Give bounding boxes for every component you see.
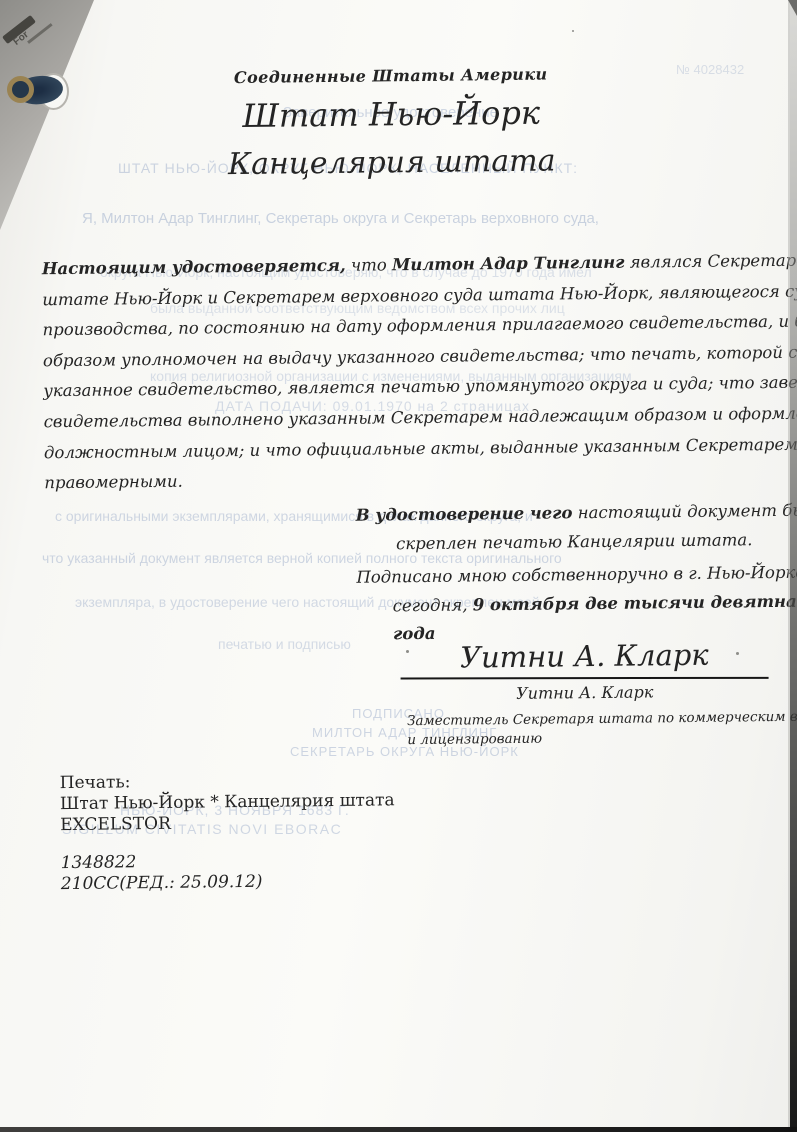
document-content: Соединенные Штаты Америки Штат Нью-Йорк … (0, 0, 797, 1132)
scan-edge-right (790, 0, 797, 1132)
dust-speck (572, 30, 574, 32)
signature-typed-name: Уитни А. Кларк (401, 681, 769, 704)
signer-title: Заместитель Секретаря штата по коммерчес… (407, 707, 797, 749)
signature-rule-line (401, 677, 769, 680)
form-revision-code: 210CC(РЕД.: 25.09.12) (61, 870, 396, 895)
signing-statement: Подписано мною собственноручно в г. Нью-… (356, 558, 797, 649)
scanned-certificate-page: № 4028432Заверительное удостоверениеШТАТ… (0, 0, 797, 1132)
seal-line1: Штат Нью-Йорк * Канцелярия штата (60, 790, 395, 815)
grommet-ring (7, 76, 34, 103)
scan-edge-bottom (0, 1127, 797, 1132)
certification-paragraph: Настоящим удостоверяется, что Милтон Ада… (42, 243, 797, 499)
text-line: В удостоверение чего настоящий документ … (356, 497, 797, 531)
signature-script: Уитни А. Кларк (399, 637, 769, 675)
text-line: сегодня, 9 октября две тысячи девятнадца… (393, 586, 797, 620)
seal-description-block: Печать: Штат Нью-Йорк * Канцелярия штата… (60, 769, 396, 895)
text-line: скреплен печатью Канцелярии штата. (396, 525, 797, 558)
text-line: Подписано мною собственноручно в г. Нью-… (356, 558, 797, 592)
dust-speck (736, 652, 739, 655)
dust-speck (406, 650, 409, 653)
header-country: Соединенные Штаты Америки (0, 62, 787, 90)
header-state-title: Штат Нью-Йорк (0, 91, 787, 138)
header-office-title: Канцелярия штата (0, 141, 788, 185)
seal-line2: EXCELSTOR (60, 811, 395, 836)
attestation-paragraph: В удостоверение чего настоящий документ … (356, 497, 797, 559)
